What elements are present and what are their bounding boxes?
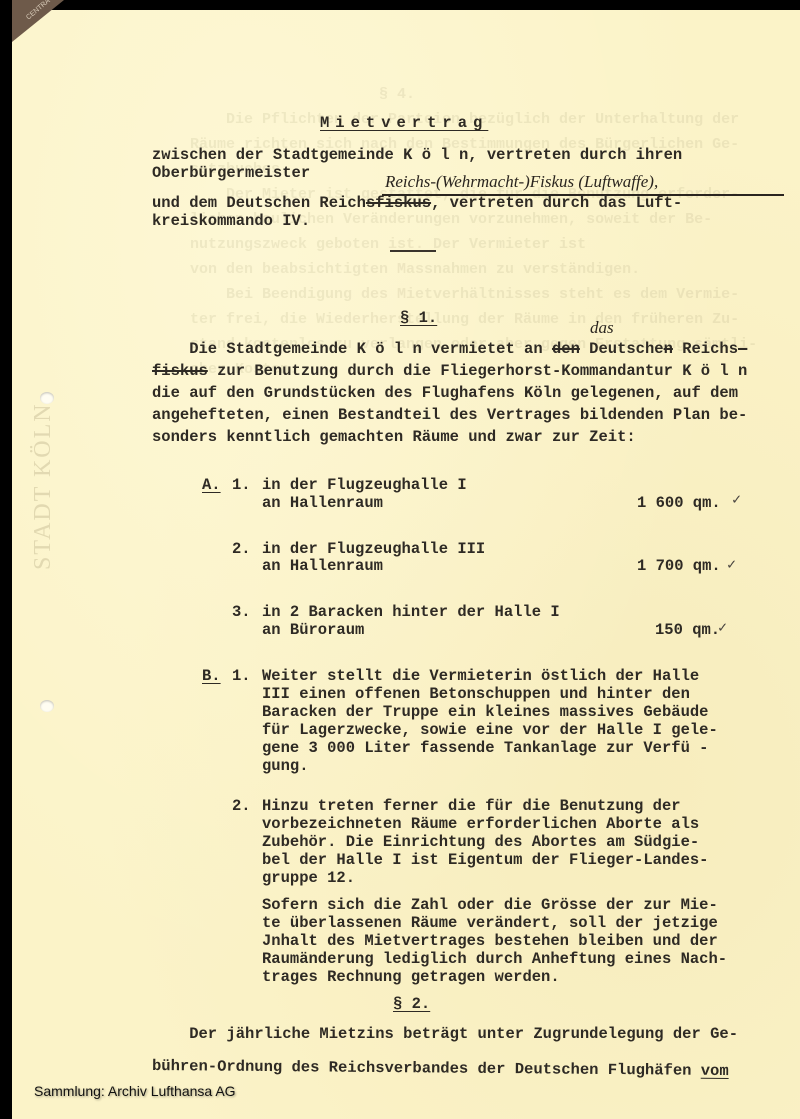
list-item-text: vorbezeichneten Räume erforderlichen Abo… [262, 815, 699, 833]
list-item-text: Jnhalt des Mietvertrages bestehen bleibe… [262, 932, 718, 950]
body-line: Die Stadtgemeinde K ö l n vermietet an d… [152, 340, 747, 358]
list-item-text: Hinzu treten ferner die für die Benutzun… [262, 797, 681, 815]
checkmark-icon: ✓ [727, 555, 736, 574]
separator-rule [390, 250, 436, 252]
list-item-text: in der Flugzeughalle I [262, 476, 467, 494]
list-item-text: Sofern sich die Zahl oder die Grösse der… [262, 896, 718, 914]
list-item-text: Raumänderung lediglich durch Anheftung e… [262, 950, 727, 968]
body-line: sonders kenntlich gemachten Räume und zw… [152, 428, 636, 446]
section-heading: § 2. [393, 995, 430, 1013]
list-item-text: Weiter stellt die Vermieterin östlich de… [262, 667, 699, 685]
preamble-line: Oberbürgermeister [152, 164, 310, 182]
preamble-line: und dem Deutschen Reichsfiskus, vertrete… [152, 194, 682, 212]
list-item-number: 3. [232, 603, 251, 621]
list-item-number: 2. [232, 797, 251, 815]
list-item-text: trages Rechnung getragen werden. [262, 968, 560, 986]
list-item-text: Baracken der Truppe ein kleines massives… [262, 703, 708, 721]
struck-text: sfiskus [366, 194, 431, 212]
punch-hole [40, 700, 54, 712]
checkmark-icon: ✓ [718, 618, 727, 637]
body-line: die auf den Grundstücken des Flughafens … [152, 384, 738, 402]
watermark-stamp: STADT KÖLN [30, 402, 57, 570]
checkmark-icon: ✓ [732, 490, 741, 509]
list-item-text: an Büroraum [262, 621, 364, 639]
list-item-text: gruppe 12. [262, 869, 355, 887]
body-line: angehefteten, einen Bestandteil des Vert… [152, 406, 747, 424]
area-value: 1 700 qm. [637, 557, 721, 575]
handwritten-insert: das [590, 318, 614, 338]
list-item-text: in 2 Baracken hinter der Halle I [262, 603, 560, 621]
list-item-number: 1. [232, 667, 251, 685]
list-item-text: in der Flugzeughalle III [262, 540, 485, 558]
preamble-line: zwischen der Stadtgemeinde K ö l n, vert… [152, 146, 682, 164]
list-item-text: an Hallenraum [262, 557, 383, 575]
preamble-line: kreiskommando IV. [152, 212, 310, 230]
area-value: 150 qm. [655, 621, 720, 639]
handwritten-insert: Reichs-(Wehrmacht-)Fiskus (Luftwaffe), [385, 172, 658, 192]
list-item-text: III einen offenen Betonschuppen und hint… [262, 685, 690, 703]
body-line: fiskus zur Benutzung durch die Fliegerho… [152, 362, 747, 380]
list-item-text: gung. [262, 757, 309, 775]
body-line: Der jährliche Mietzins beträgt unter Zug… [152, 1025, 738, 1043]
list-item-number: 1. [232, 476, 251, 494]
list-item-text: an Hallenraum [262, 494, 383, 512]
part-label: A. [202, 476, 221, 494]
list-item-text: gene 3 000 Liter fassende Tankanlage zur… [262, 739, 708, 757]
section-heading: § 1. [400, 309, 437, 327]
list-item-number: 2. [232, 540, 251, 558]
list-item-text: Zubehör. Die Einrichtung des Abortes am … [262, 833, 699, 851]
archive-credit: Sammlung: Archiv Lufthansa AG [34, 1083, 236, 1099]
document-title: Mietvertrag [320, 114, 488, 132]
list-item-text: für Lagerzwecke, sowie eine vor der Hall… [262, 721, 718, 739]
list-item-text: bel der Halle I ist Eigentum der Flieger… [262, 851, 708, 869]
area-value: 1 600 qm. [637, 494, 721, 512]
list-item-text: te überlassenen Räume verändert, soll de… [262, 914, 718, 932]
part-label: B. [202, 667, 221, 685]
